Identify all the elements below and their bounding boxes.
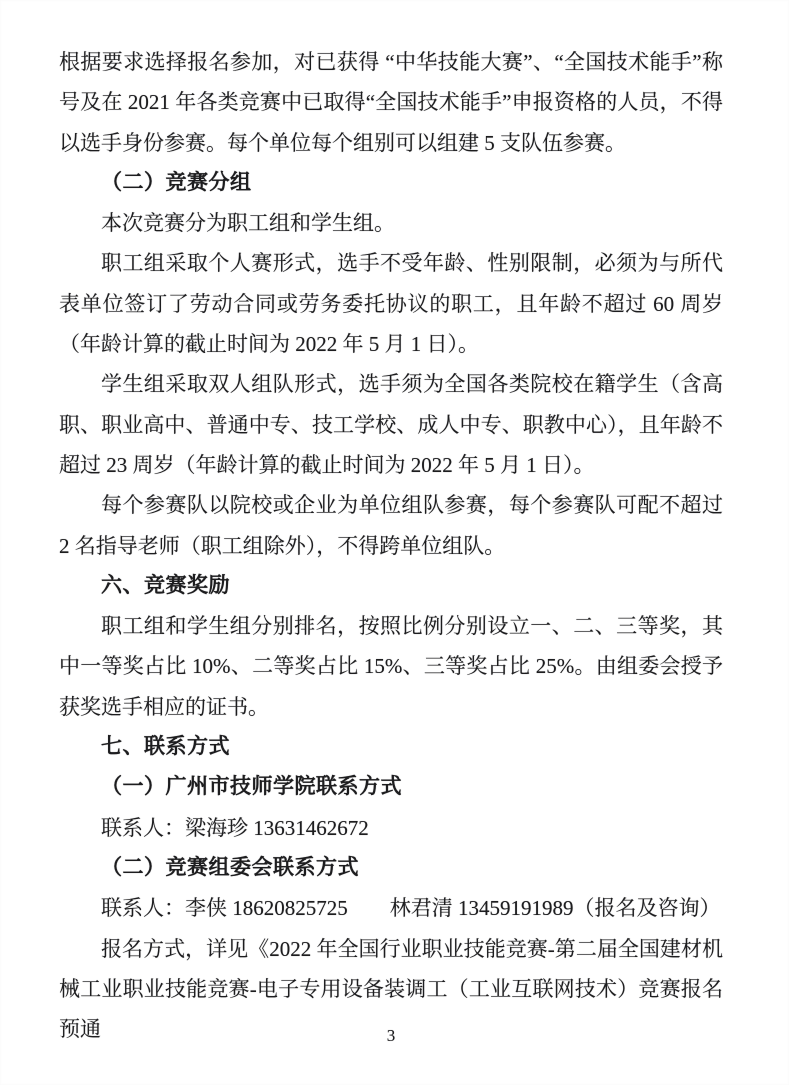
paragraph-groups-intro: 本次竞赛分为职工组和学生组。: [59, 203, 723, 243]
paragraph-student-group-rules: 学生组采取双人组队形式，选手须为全国各类院校在籍学生（含高职、职业高中、普通中专…: [59, 364, 723, 485]
page-number: 3: [59, 1026, 723, 1046]
heading-organizing-committee-contact: （二）竞赛组委会联系方式: [59, 848, 723, 888]
document-content: 根据要求选择报名参加，对已获得 “中华技能大赛”、“全国技术能手”称号及在 20…: [59, 42, 723, 1049]
paragraph-team-formation-rules: 每个参赛队以院校或企业为单位组队参赛，每个参赛队可配不超过 2 名指导老师（职工…: [59, 485, 723, 566]
paragraph-employee-group-rules: 职工组采取个人赛形式，选手不受年龄、性别限制，必须为与所代表单位签订了劳动合同或…: [59, 243, 723, 364]
heading-contact-info: 七、联系方式: [59, 727, 723, 767]
heading-guangzhou-institute-contact: （一）广州市技师学院联系方式: [59, 767, 723, 807]
paragraph-awards-detail: 职工组和学生组分别排名，按照比例分别设立一、二、三等奖，其中一等奖占比 10%、…: [59, 606, 723, 727]
paragraph-committee-contact-persons: 联系人：李侠 18620825725 林君清 13459191989（报名及咨询…: [59, 888, 723, 928]
heading-competition-awards: 六、竞赛奖励: [59, 566, 723, 606]
heading-competition-groups: （二）竞赛分组: [59, 163, 723, 203]
paragraph-registration-eligibility: 根据要求选择报名参加，对已获得 “中华技能大赛”、“全国技术能手”称号及在 20…: [59, 42, 723, 163]
paragraph-guangzhou-contact-person: 联系人：梁海珍 13631462672: [59, 808, 723, 848]
document-page: 根据要求选择报名参加，对已获得 “中华技能大赛”、“全国技术能手”称号及在 20…: [0, 0, 789, 1085]
